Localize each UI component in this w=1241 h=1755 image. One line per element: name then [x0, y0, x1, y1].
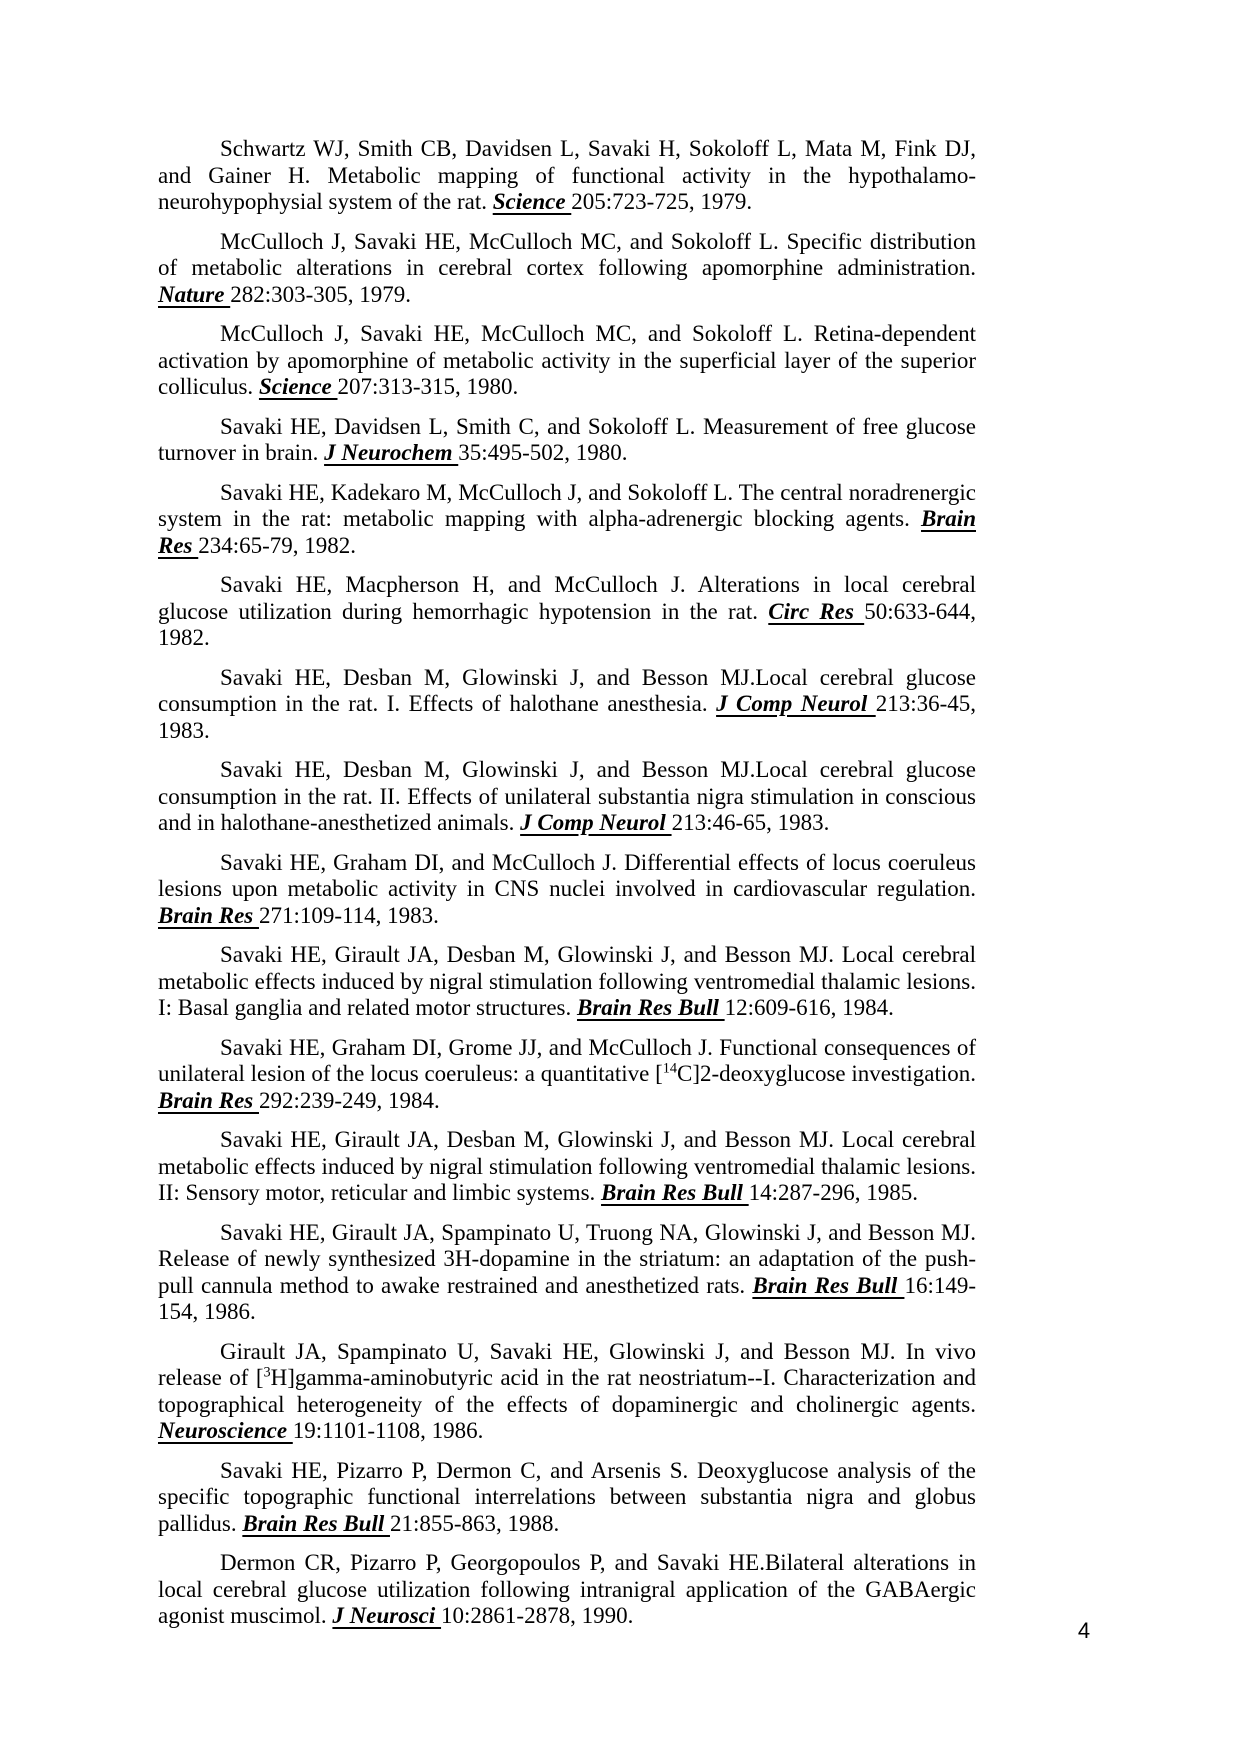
reference-text: Savaki HE, Kadekaro M, McCulloch J, and …	[158, 480, 976, 532]
reference-item: Girault JA, Spampinato U, Savaki HE, Glo…	[158, 1339, 976, 1445]
reference-item: Savaki HE, Graham DI, and McCulloch J. D…	[158, 850, 976, 930]
journal-name: Brain Res Bull	[752, 1273, 904, 1298]
journal-name: Brain Res	[158, 903, 259, 928]
journal-name: Brain Res Bull	[577, 995, 725, 1020]
journal-name: Brain Res Bull	[601, 1180, 749, 1205]
page-number: 4	[1060, 1618, 1108, 1644]
reference-item: Savaki HE, Desban M, Glowinski J, and Be…	[158, 665, 976, 745]
reference-text: 282:303-305, 1979.	[230, 282, 411, 307]
journal-name: Science	[259, 374, 338, 399]
reference-item: Schwartz WJ, Smith CB, Davidsen L, Savak…	[158, 136, 976, 216]
reference-item: Dermon CR, Pizarro P, Georgopoulos P, an…	[158, 1550, 976, 1630]
isotope-superscript: 3	[264, 1364, 271, 1380]
journal-name: J Neurosci	[332, 1603, 441, 1628]
journal-name: Nature	[158, 282, 230, 307]
reference-item: Savaki HE, Desban M, Glowinski J, and Be…	[158, 757, 976, 837]
journal-name: Brain Res	[158, 1088, 259, 1113]
references-list: Schwartz WJ, Smith CB, Davidsen L, Savak…	[158, 136, 976, 1630]
journal-name: J Neurochem	[324, 440, 458, 465]
reference-item: Savaki HE, Kadekaro M, McCulloch J, and …	[158, 480, 976, 560]
reference-text: 10:2861-2878, 1990.	[441, 1603, 633, 1628]
reference-text: 207:313-315, 1980.	[338, 374, 519, 399]
reference-text: H]gamma-aminobutyric acid in the rat neo…	[158, 1365, 976, 1417]
journal-name: J Comp Neurol	[716, 691, 876, 716]
reference-item: Savaki HE, Graham DI, Grome JJ, and McCu…	[158, 1035, 976, 1115]
reference-item: Savaki HE, Girault JA, Spampinato U, Tru…	[158, 1220, 976, 1326]
reference-item: Savaki HE, Girault JA, Desban M, Glowins…	[158, 942, 976, 1022]
reference-text: 19:1101-1108, 1986.	[293, 1418, 484, 1443]
reference-text: 213:46-65, 1983.	[672, 810, 830, 835]
reference-text: 21:855-863, 1988.	[390, 1511, 559, 1536]
reference-item: McCulloch J, Savaki HE, McCulloch MC, an…	[158, 321, 976, 401]
reference-text: 271:109-114, 1983.	[259, 903, 439, 928]
reference-item: McCulloch J, Savaki HE, McCulloch MC, an…	[158, 229, 976, 309]
reference-text: 35:495-502, 1980.	[458, 440, 627, 465]
journal-name: Brain Res Bull	[242, 1511, 390, 1536]
reference-text: Savaki HE, Graham DI, and McCulloch J. D…	[158, 850, 976, 902]
reference-item: Savaki HE, Girault JA, Desban M, Glowins…	[158, 1127, 976, 1207]
journal-name: Neuroscience	[158, 1418, 293, 1443]
reference-text: C]2-deoxyglucose investigation.	[677, 1061, 976, 1086]
reference-text: 205:723-725, 1979.	[571, 189, 752, 214]
isotope-superscript: 14	[663, 1060, 677, 1076]
reference-item: Savaki HE, Davidsen L, Smith C, and Soko…	[158, 414, 976, 467]
reference-text: 292:239-249, 1984.	[259, 1088, 440, 1113]
reference-text: 12:609-616, 1984.	[725, 995, 894, 1020]
reference-text: McCulloch J, Savaki HE, McCulloch MC, an…	[158, 229, 976, 281]
journal-name: Circ Res	[768, 599, 864, 624]
reference-item: Savaki HE, Pizarro P, Dermon C, and Arse…	[158, 1458, 976, 1538]
reference-item: Savaki HE, Macpherson H, and McCulloch J…	[158, 572, 976, 652]
journal-name: Science	[493, 189, 572, 214]
journal-name: J Comp Neurol	[520, 810, 671, 835]
document-page: Schwartz WJ, Smith CB, Davidsen L, Savak…	[0, 0, 1241, 1755]
reference-text: 234:65-79, 1982.	[198, 533, 356, 558]
reference-text: 14:287-296, 1985.	[749, 1180, 918, 1205]
